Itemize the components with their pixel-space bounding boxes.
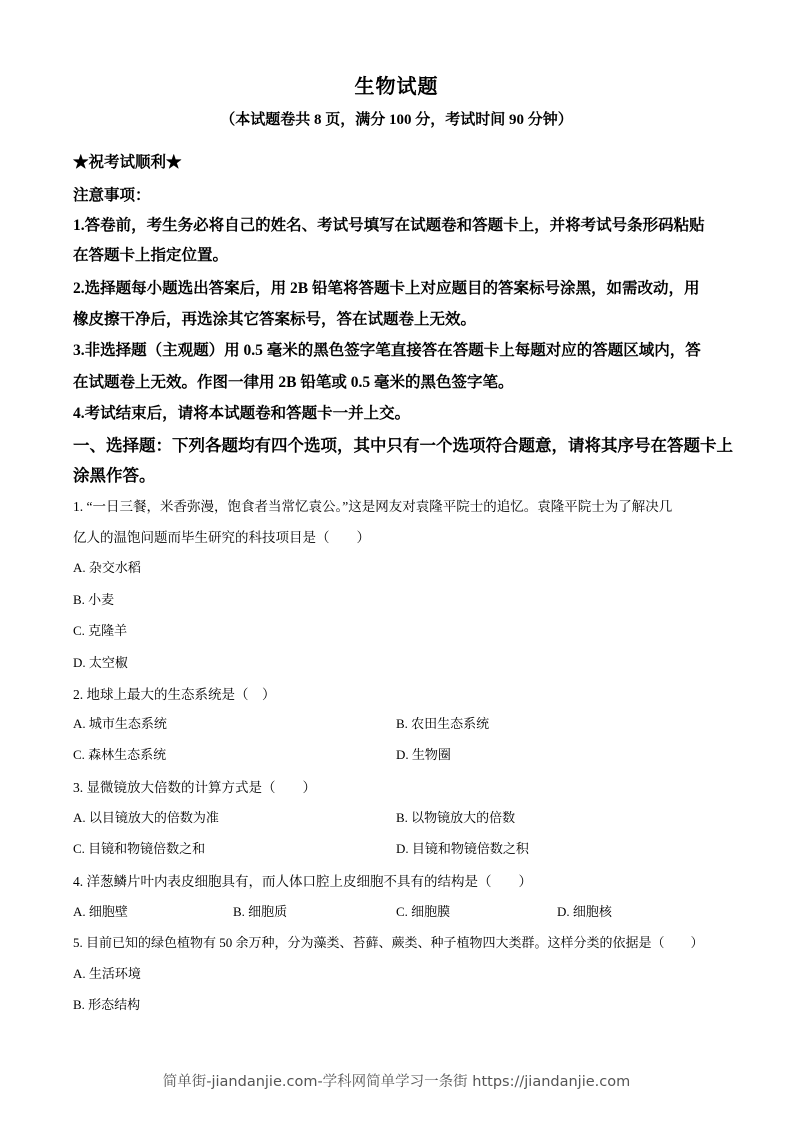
option-d: D. 细胞核 — [557, 901, 612, 920]
note-line: 3.非选择题（主观题）用 0.5 毫米的黑色签字笔直接答在答题卡上每题对应的答题… — [73, 338, 701, 360]
option-d: D. 目镜和物镜倍数之积 — [396, 838, 529, 857]
footer-watermark: 简单街-jiandanjie.com-学科网简单学习一条街 https://ji… — [0, 1070, 793, 1091]
note-line: 在试题卷上无效。作图一律用 2B 铅笔或 0.5 毫米的黑色签字笔。 — [73, 370, 513, 392]
option-c: C. 克隆羊 — [73, 620, 127, 639]
section-heading: 一、选择题：下列各题均有四个选项，其中只有一个选项符合题意，请将其序号在答题卡上 — [73, 432, 733, 456]
question-stem: 3. 显微镜放大倍数的计算方式是（ ） — [73, 776, 316, 796]
note-line: 橡皮擦干净后，再选涂其它答案标号，答在试题卷上无效。 — [73, 307, 476, 329]
option-b: B. 以物镜放大的倍数 — [396, 807, 515, 826]
option-b: B. 形态结构 — [73, 994, 140, 1013]
note-line: 2.选择题每小题选出答案后，用 2B 铅笔将答题卡上对应题目的答案标号涂黑，如需… — [73, 276, 699, 298]
page-title: 生物试题 — [0, 70, 793, 99]
question-stem: 1. “一日三餐，米香弥漫，饱食者当常忆袁公。”这是网友对袁隆平院士的追忆。袁隆… — [73, 495, 672, 515]
section-heading: 涂黑作答。 — [73, 462, 156, 486]
option-d: D. 生物圈 — [396, 744, 451, 763]
option-d: D. 太空椒 — [73, 652, 128, 671]
notes-heading: 注意事项： — [73, 183, 151, 205]
question-stem: 5. 目前已知的绿色植物有 50 余万种，分为藻类、苔藓、蕨类、种子植物四大类群… — [73, 932, 704, 951]
option-c: C. 细胞膜 — [396, 901, 450, 920]
exam-info-subtitle: （本试题卷共 8 页，满分 100 分，考试时间 90 分钟） — [0, 108, 793, 129]
option-a: A. 以目镜放大的倍数为准 — [73, 807, 219, 826]
option-b: B. 农田生态系统 — [396, 713, 489, 732]
option-a: A. 细胞壁 — [73, 901, 128, 920]
option-a: A. 生活环境 — [73, 963, 141, 982]
option-c: C. 森林生态系统 — [73, 744, 166, 763]
note-line: 4.考试结束后，请将本试题卷和答题卡一并上交。 — [73, 401, 410, 423]
option-a: A. 城市生态系统 — [73, 713, 167, 732]
note-line: 在答题卡上指定位置。 — [73, 243, 228, 265]
option-a: A. 杂交水稻 — [73, 557, 141, 576]
question-stem: 4. 洋葱鳞片叶内表皮细胞具有，而人体口腔上皮细胞不具有的结构是（ ） — [73, 870, 532, 890]
option-b: B. 细胞质 — [233, 901, 287, 920]
option-c: C. 目镜和物镜倍数之和 — [73, 838, 205, 857]
question-stem: 2. 地球上最大的生态系统是（ ） — [73, 683, 276, 703]
question-stem: 亿人的温饱问题而毕生研究的科技项目是（ ） — [73, 526, 370, 546]
blessing-line: ★祝考试顺利★ — [73, 150, 182, 172]
note-line: 1.答卷前，考生务必将自己的姓名、考试号填写在试题卷和答题卡上，并将考试号条形码… — [73, 213, 705, 235]
option-b: B. 小麦 — [73, 589, 114, 608]
exam-page: 生物试题 （本试题卷共 8 页，满分 100 分，考试时间 90 分钟） ★祝考… — [0, 0, 793, 1122]
